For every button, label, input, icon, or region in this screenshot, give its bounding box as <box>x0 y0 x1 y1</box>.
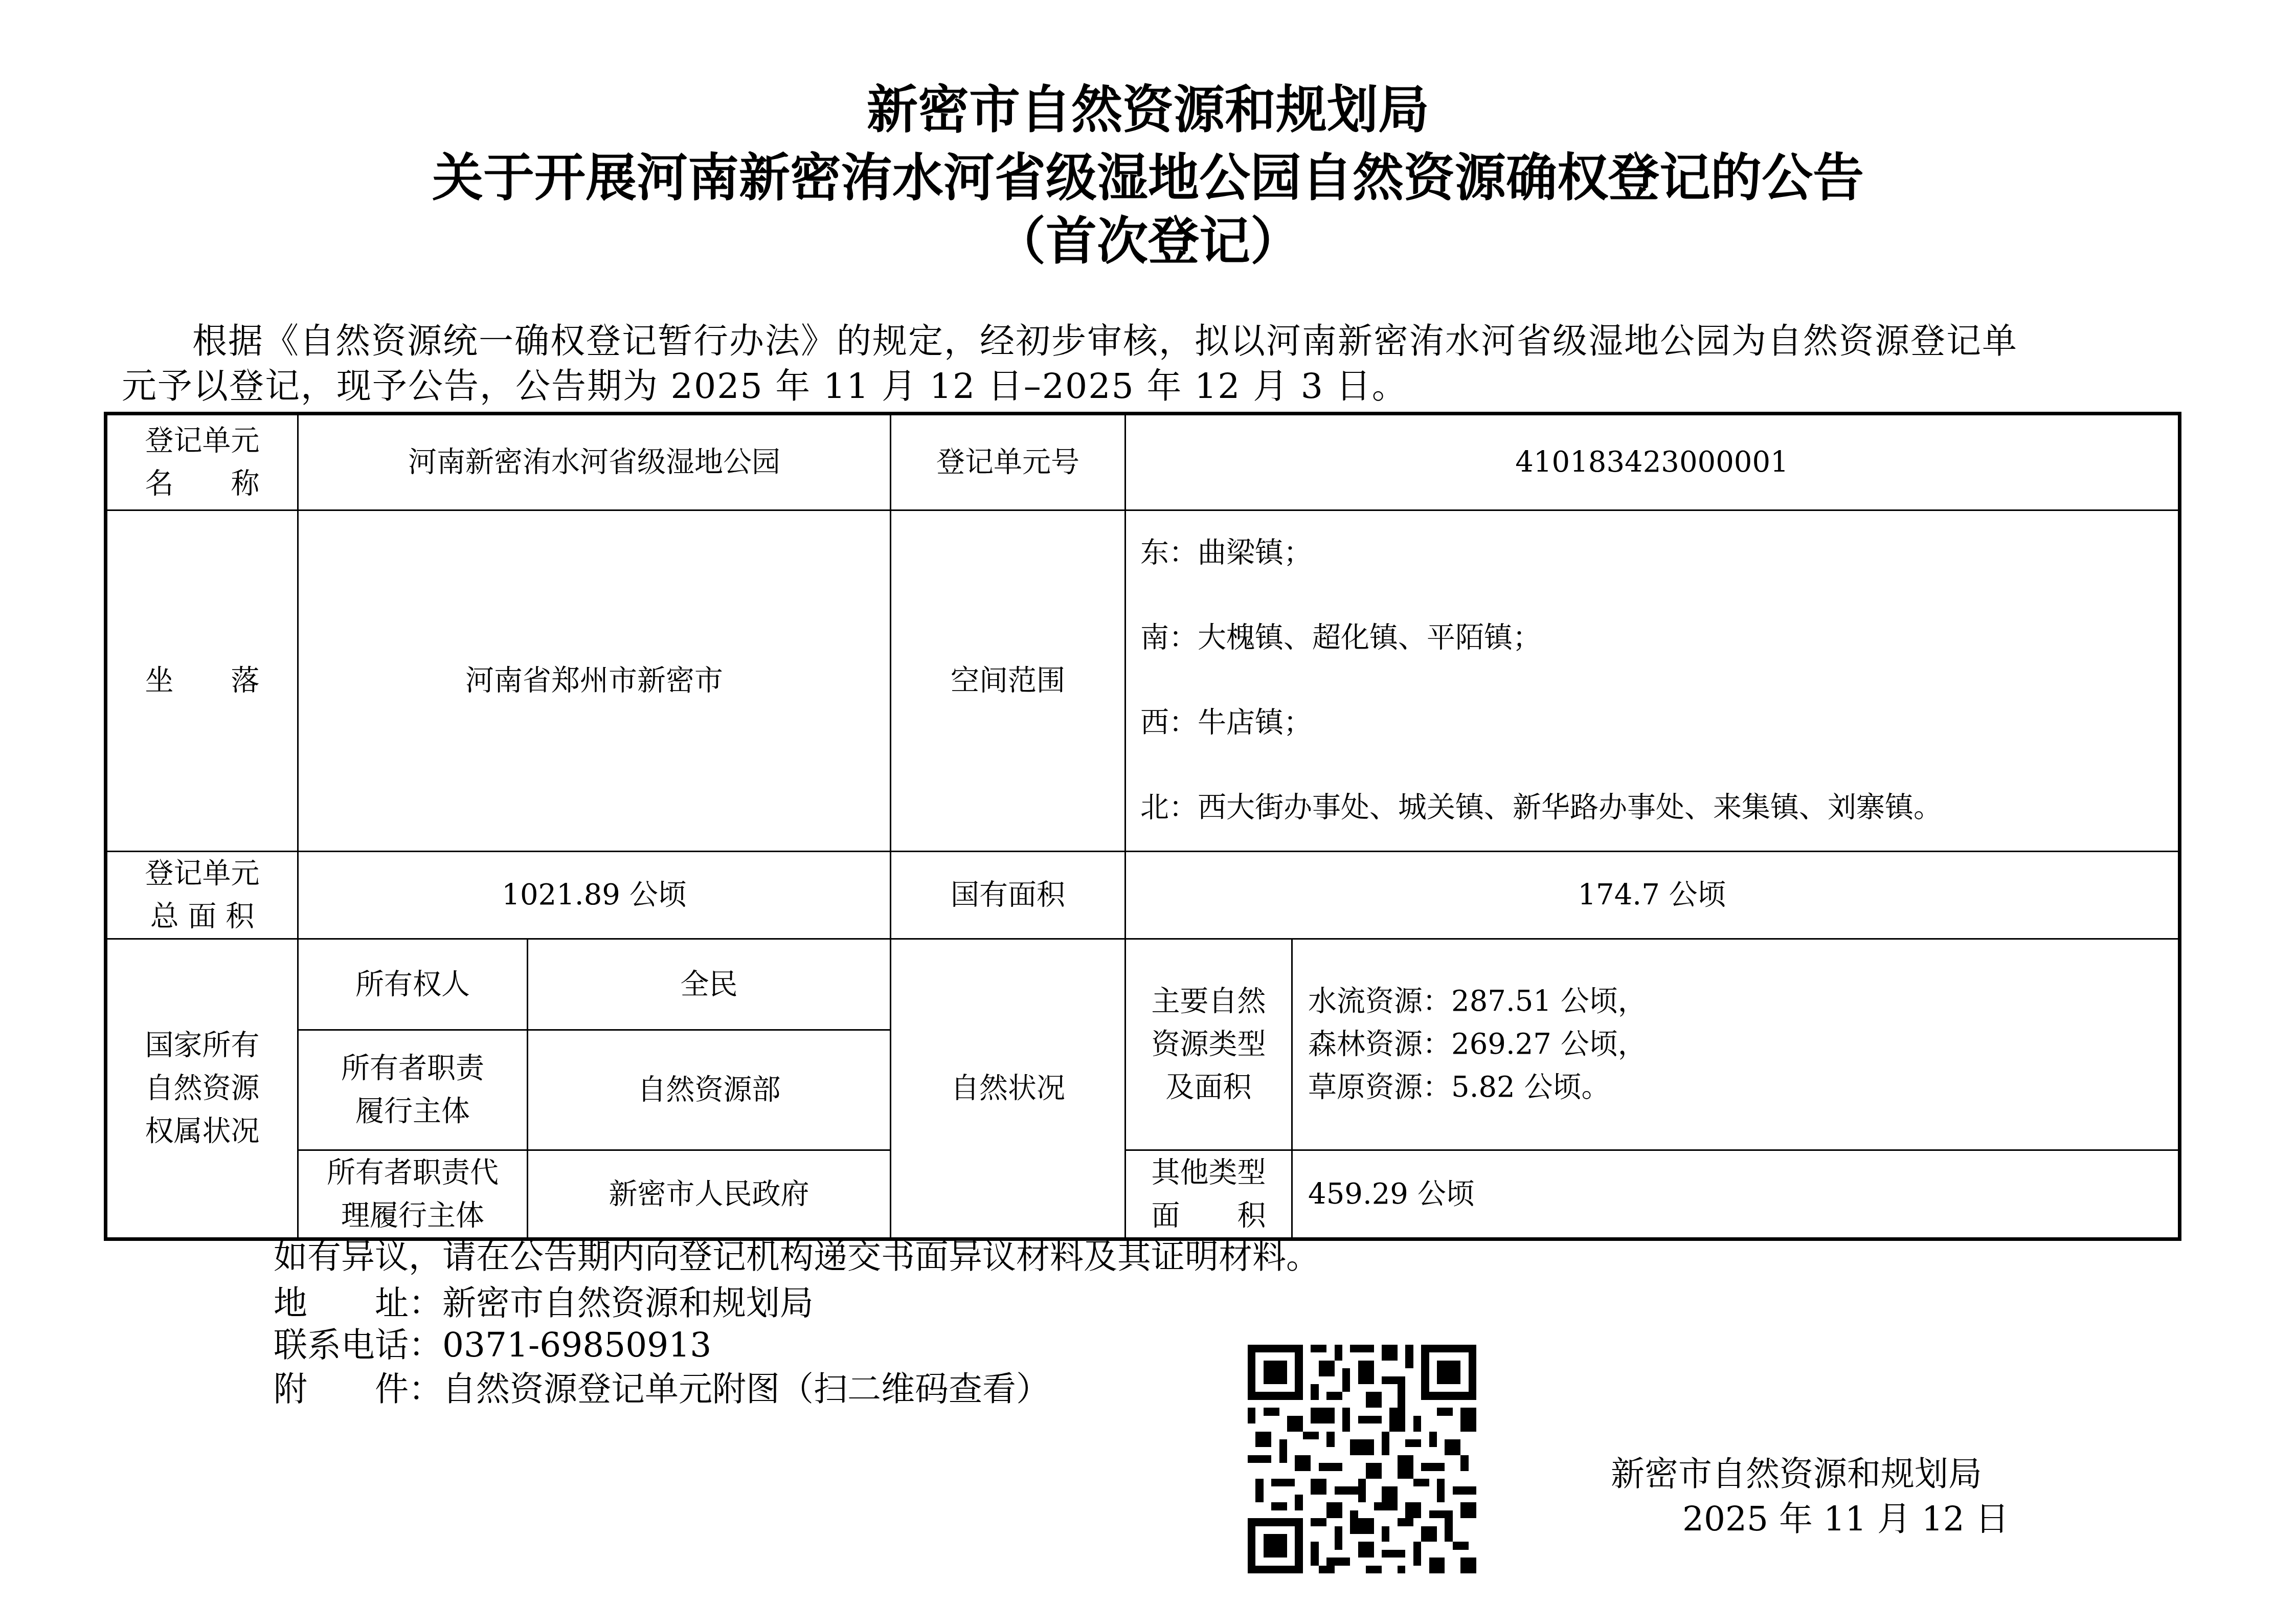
signature-org: 新密市自然资源和规划局 <box>1611 1454 1982 1495</box>
unit-name-value: 河南新密洧水河省级湿地公园 <box>298 414 891 510</box>
title-line-2: 关于开展河南新密洧水河省级湿地公园自然资源确权登记的公告 <box>0 152 2296 204</box>
total-area-value: 1021.89 公顷 <box>298 852 891 939</box>
unit-no-value: 410183423000001 <box>1126 414 2180 510</box>
state-area-label: 国有面积 <box>891 852 1126 939</box>
registration-table: 登记单元 名 称 河南新密洧水河省级湿地公园 登记单元号 41018342300… <box>104 412 2181 1241</box>
duty-value: 自然资源部 <box>528 1030 891 1150</box>
intro-line-1: 根据《自然资源统一确权登记暂行办法》的规定，经初步审核，拟以河南新密洧水河省级湿… <box>192 321 2018 362</box>
main-types-label: 主要自然 资源类型 及面积 <box>1126 939 1292 1150</box>
owner-value: 全民 <box>528 939 891 1030</box>
address-line: 地 址：新密市自然资源和规划局 <box>274 1283 814 1324</box>
phone-label: 联系电话： <box>274 1325 442 1365</box>
other-types-label: 其他类型 面 积 <box>1126 1150 1292 1239</box>
forest-resource: 森林资源：269.27 公顷， <box>1308 1023 2173 1066</box>
address-label: 地 址： <box>274 1283 442 1323</box>
phone-line: 联系电话：0371-69850913 <box>274 1325 711 1366</box>
agent-value: 新密市人民政府 <box>528 1150 891 1239</box>
address-value: 新密市自然资源和规划局 <box>442 1283 814 1323</box>
title-line-3: （首次登记） <box>0 216 2296 267</box>
unit-name-label: 登记单元 名 称 <box>106 414 298 510</box>
boundary-north: 北：西大街办事处、城关镇、新华路办事处、来集镇、刘寨镇。 <box>1140 786 2173 829</box>
title-line-1: 新密市自然资源和规划局 <box>0 84 2296 136</box>
other-types-value: 459.29 公顷 <box>1292 1150 2180 1239</box>
signature-date: 2025 年 11 月 12 日 <box>1682 1499 2009 1540</box>
phone-value[interactable]: 0371-69850913 <box>442 1325 711 1365</box>
main-types-value: 水流资源：287.51 公顷， 森林资源：269.27 公顷， 草原资源：5.8… <box>1292 939 2180 1150</box>
spatial-extent-label: 空间范围 <box>891 510 1126 852</box>
grassland-resource: 草原资源：5.82 公顷。 <box>1308 1066 2173 1109</box>
intro-line-2: 元予以登记，现予公告，公告期为 2025 年 11 月 12 日–2025 年 … <box>122 366 1408 407</box>
duty-label: 所有者职责 履行主体 <box>298 1030 528 1150</box>
ownership-label: 国家所有 自然资源 权属状况 <box>106 939 298 1239</box>
intro-paragraph: 根据《自然资源统一确权登记暂行办法》的规定，经初步审核，拟以河南新密洧水河省级湿… <box>123 319 2173 409</box>
attachment-label: 附 件： <box>274 1369 442 1409</box>
natural-status-label: 自然状况 <box>891 939 1126 1239</box>
agent-label: 所有者职责代 理履行主体 <box>298 1150 528 1239</box>
location-value: 河南省郑州市新密市 <box>298 510 891 852</box>
owner-label: 所有权人 <box>298 939 528 1030</box>
spatial-extent-value: 东：曲梁镇； 南：大槐镇、超化镇、平陌镇； 西：牛店镇； 北：西大街办事处、城关… <box>1126 510 2180 852</box>
boundary-south: 南：大槐镇、超化镇、平陌镇； <box>1140 616 2173 659</box>
location-label: 坐 落 <box>106 510 298 852</box>
attachment-value: 自然资源登记单元附图（扫二维码查看） <box>442 1369 1050 1409</box>
boundary-west: 西：牛店镇； <box>1140 701 2173 744</box>
boundary-east: 东：曲梁镇； <box>1140 531 2173 574</box>
water-resource: 水流资源：287.51 公顷， <box>1308 980 2173 1023</box>
total-area-label: 登记单元 总 面 积 <box>106 852 298 939</box>
unit-no-label: 登记单元号 <box>891 414 1126 510</box>
state-area-value: 174.7 公顷 <box>1126 852 2180 939</box>
attachment-line: 附 件：自然资源登记单元附图（扫二维码查看） <box>274 1369 1050 1410</box>
qr-code-icon[interactable] <box>1248 1345 1476 1573</box>
objection-note: 如有异议，请在公告期内向登记机构递交书面异议材料及其证明材料。 <box>274 1236 1320 1277</box>
